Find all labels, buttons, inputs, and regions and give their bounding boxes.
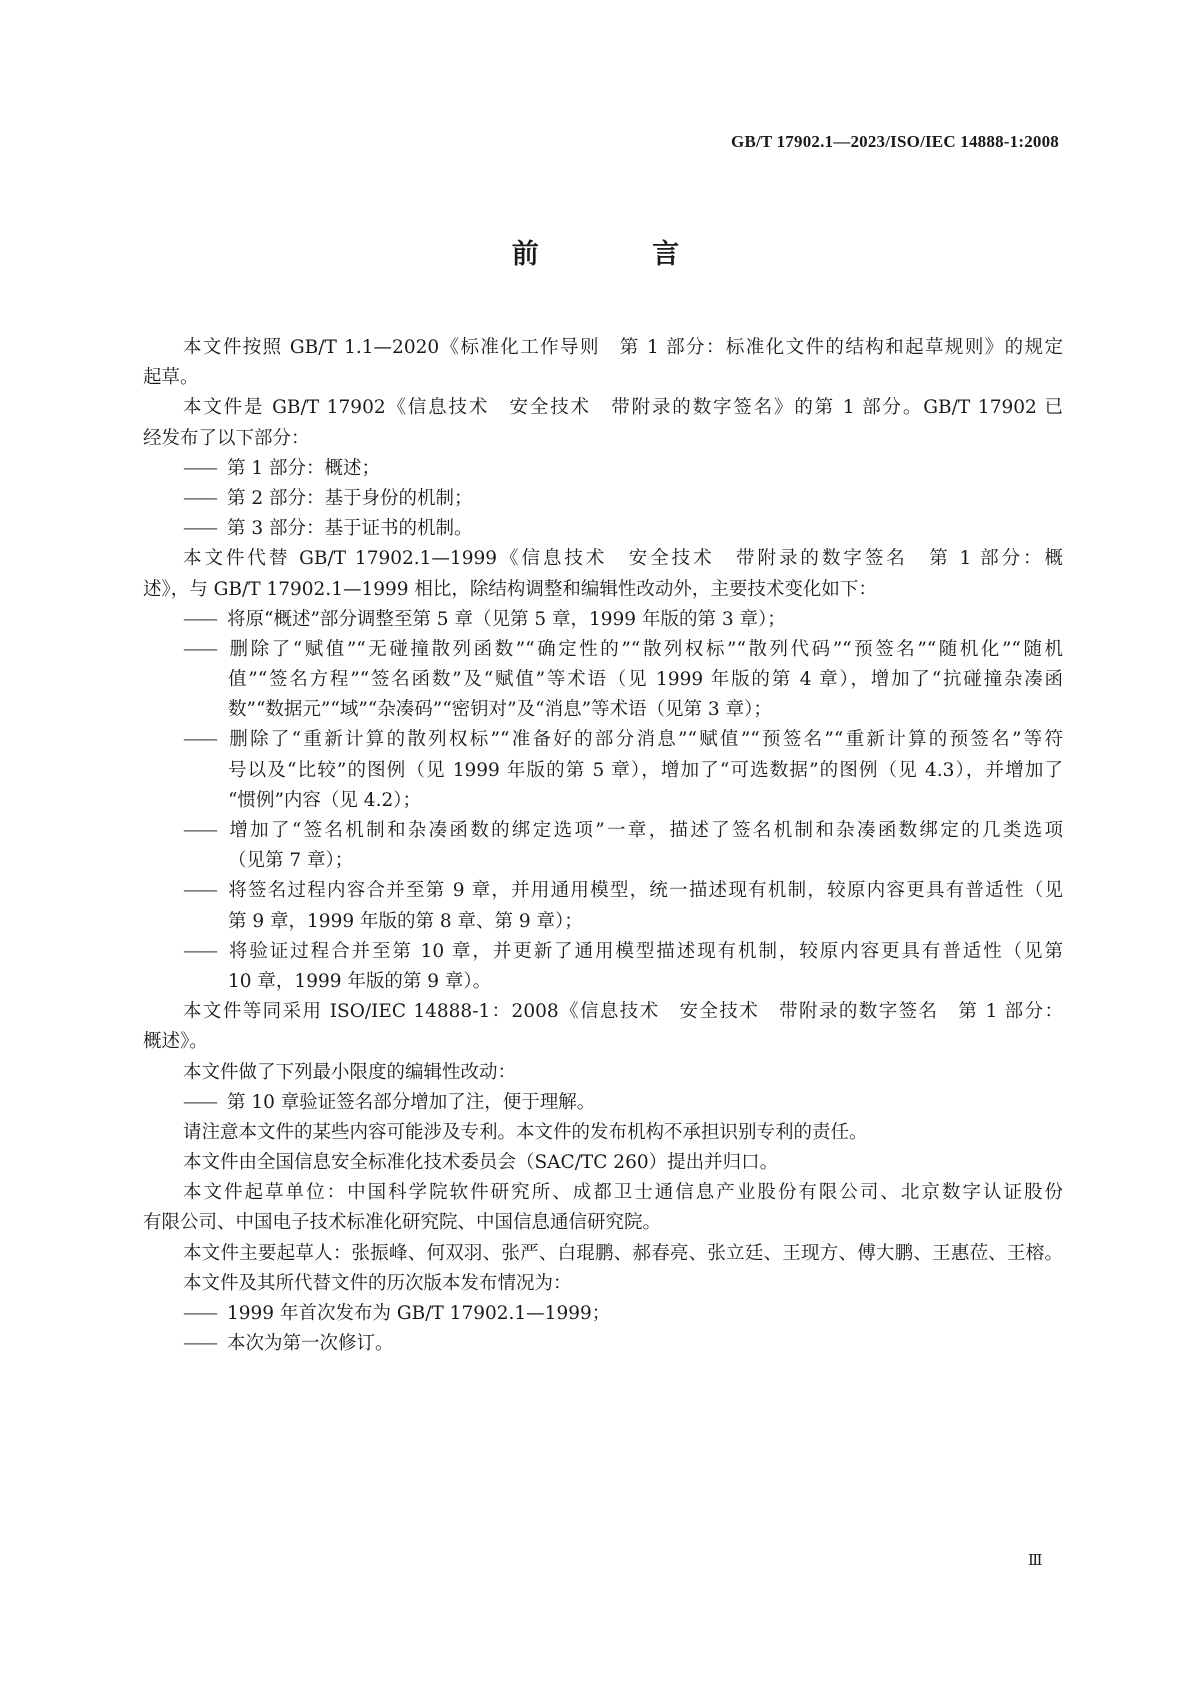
paragraph-line: 有限公司、中国电子技术标准化研究院、中国信息通信研究院。	[143, 1208, 1063, 1238]
paragraph-line: 本文件是 GB/T 17902《信息技术 安全技术 带附录的数字签名》的第 1 …	[143, 393, 1063, 423]
list-item-text: 第 2 部分：基于身份的机制；	[227, 488, 473, 509]
list-item: ——增加了“签名机制和杂凑函数的绑定选项”一章，描述了签名机制和杂凑函数绑定的几…	[143, 816, 1063, 846]
dash-mark: ——	[183, 605, 227, 635]
dash-mark: ——	[183, 725, 227, 755]
list-item: ——将原“概述”部分调整至第 5 章（见第 5 章，1999 年版的第 3 章）…	[143, 605, 1063, 635]
list-item-text: 将签名过程内容合并至第 9 章，并用通用模型，统一描述现有机制，较原内容更具有普…	[227, 880, 1063, 901]
list-item-text: 第 1 部分：概述；	[227, 458, 380, 479]
paragraph-line: 本文件做了下列最小限度的编辑性改动：	[143, 1058, 1063, 1088]
paragraph-line: 概述》。	[143, 1027, 1063, 1057]
foreword-body: 本文件按照 GB/T 1.1—2020《标准化工作导则 第 1 部分：标准化文件…	[143, 333, 1063, 1359]
dash-mark: ——	[183, 937, 227, 967]
list-item-continuation: 值”“签名方程”“签名函数”及“赋值”等术语（见 1999 年版的第 4 章），…	[143, 665, 1063, 695]
list-item: ——1999 年首次发布为 GB/T 17902.1—1999；	[143, 1299, 1063, 1329]
dash-mark: ——	[183, 1299, 227, 1329]
list-item: ——第 2 部分：基于身份的机制；	[143, 484, 1063, 514]
list-item: ——删除了“重新计算的散列权标”“准备好的部分消息”“赋值”“预签名”“重新计算…	[143, 725, 1063, 755]
list-item-text: 将验证过程合并至第 10 章，并更新了通用模型描述现有机制，较原内容更具有普适性…	[227, 941, 1063, 962]
list-item-continuation: 10 章，1999 年版的第 9 章）。	[143, 967, 1063, 997]
paragraph-line: 本文件及其所代替文件的历次版本发布情况为：	[143, 1269, 1063, 1299]
list-item-continuation: 号以及“比较”的图例（见 1999 年版的第 5 章），增加了“可选数据”的图例…	[143, 756, 1063, 786]
list-item: ——删除了“赋值”“无碰撞散列函数”“确定性的”“散列权标”“散列代码”“预签名…	[143, 635, 1063, 665]
dash-mark: ——	[183, 1329, 227, 1359]
paragraph-line: 本文件等同采用 ISO/IEC 14888-1：2008《信息技术 安全技术 带…	[143, 997, 1063, 1027]
list-item-continuation: （见第 7 章）；	[143, 846, 1063, 876]
list-item-continuation: “惯例”内容（见 4.2）；	[143, 786, 1063, 816]
list-item: ——将签名过程内容合并至第 9 章，并用通用模型，统一描述现有机制，较原内容更具…	[143, 876, 1063, 906]
list-item-text: 第 3 部分：基于证书的机制。	[227, 518, 473, 539]
list-item-text: 增加了“签名机制和杂凑函数的绑定选项”一章，描述了签名机制和杂凑函数绑定的几类选…	[227, 820, 1063, 841]
paragraph-line: 本文件主要起草人：张振峰、何双羽、张严、白琨鹏、郝春亮、张立廷、王现方、傅大鹏、…	[143, 1239, 1063, 1269]
dash-mark: ——	[183, 454, 227, 484]
list-item: ——第 3 部分：基于证书的机制。	[143, 514, 1063, 544]
dash-mark: ——	[183, 514, 227, 544]
paragraph-line: 请注意本文件的某些内容可能涉及专利。本文件的发布机构不承担识别专利的责任。	[143, 1118, 1063, 1148]
page-title: 前 言	[0, 232, 1191, 271]
list-item-text: 将原“概述”部分调整至第 5 章（见第 5 章，1999 年版的第 3 章）；	[227, 609, 786, 630]
list-item-text: 1999 年首次发布为 GB/T 17902.1—1999；	[227, 1303, 610, 1324]
page-number: Ⅲ	[1028, 1551, 1042, 1570]
standard-number: GB/T 17902.1—2023/ISO/IEC 14888-1:2008	[731, 132, 1059, 152]
list-item: ——将验证过程合并至第 10 章，并更新了通用模型描述现有机制，较原内容更具有普…	[143, 937, 1063, 967]
paragraph-line: 本文件代替 GB/T 17902.1—1999《信息技术 安全技术 带附录的数字…	[143, 544, 1063, 574]
paragraph-line: 本文件按照 GB/T 1.1—2020《标准化工作导则 第 1 部分：标准化文件…	[143, 333, 1063, 363]
paragraph-line: 本文件由全国信息安全标准化技术委员会（SAC/TC 260）提出并归口。	[143, 1148, 1063, 1178]
list-item-continuation: 数”“数据元”“域”“杂凑码”“密钥对”及“消息”等术语（见第 3 章）；	[143, 695, 1063, 725]
paragraph-line: 本文件起草单位：中国科学院软件研究所、成都卫士通信息产业股份有限公司、北京数字认…	[143, 1178, 1063, 1208]
list-item-text: 第 10 章验证签名部分增加了注，便于理解。	[227, 1092, 595, 1113]
dash-mark: ——	[183, 635, 227, 665]
paragraph-line: 述》，与 GB/T 17902.1—1999 相比，除结构调整和编辑性改动外，主…	[143, 575, 1063, 605]
list-item-text: 本次为第一次修订。	[227, 1333, 394, 1354]
list-item-continuation: 第 9 章，1999 年版的第 8 章、第 9 章）；	[143, 907, 1063, 937]
paragraph-line: 经发布了以下部分：	[143, 424, 1063, 454]
dash-mark: ——	[183, 816, 227, 846]
dash-mark: ——	[183, 876, 227, 906]
list-item: ——本次为第一次修订。	[143, 1329, 1063, 1359]
list-item-text: 删除了“重新计算的散列权标”“准备好的部分消息”“赋值”“预签名”“重新计算的预…	[227, 729, 1063, 750]
list-item-text: 删除了“赋值”“无碰撞散列函数”“确定性的”“散列权标”“散列代码”“预签名”“…	[227, 639, 1063, 660]
list-item: ——第 10 章验证签名部分增加了注，便于理解。	[143, 1088, 1063, 1118]
list-item: ——第 1 部分：概述；	[143, 454, 1063, 484]
dash-mark: ——	[183, 484, 227, 514]
paragraph-line: 起草。	[143, 363, 1063, 393]
dash-mark: ——	[183, 1088, 227, 1118]
